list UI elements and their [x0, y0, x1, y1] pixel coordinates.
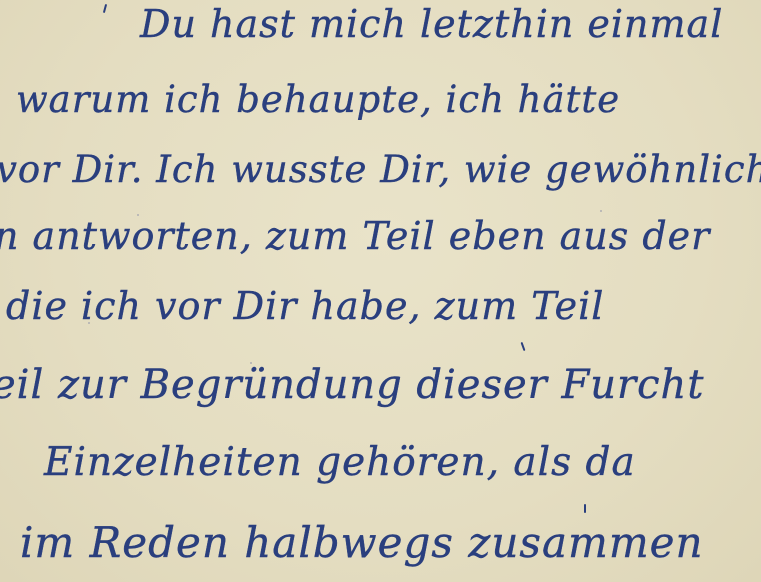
handwritten-line-1: Du hast mich letzthin einmal [140, 2, 723, 46]
handwritten-line-7: Einzelheiten gehören, als da [44, 440, 636, 485]
handwritten-line-2: warum ich behaupte, ich hätte [16, 78, 620, 121]
stray-mark [103, 4, 107, 13]
handwritten-line-4: n antworten, zum Teil eben aus der [0, 214, 710, 258]
paper-speck [250, 362, 252, 364]
paper-speck [137, 214, 139, 216]
paper-speck [600, 210, 602, 212]
paper-speck [88, 322, 90, 324]
stray-mark [521, 342, 526, 351]
letter-page: Du hast mich letzthin einmal warum ich b… [0, 0, 761, 582]
handwritten-line-6: eil zur Begründung dieser Furcht [0, 362, 704, 408]
handwritten-line-3: vor Dir. Ich wusste Dir, wie gewöhnlich [0, 148, 761, 191]
stray-mark [584, 504, 586, 513]
handwritten-line-8: im Reden halbwegs zusammen [20, 518, 704, 567]
handwritten-line-5: die ich vor Dir habe, zum Teil [6, 284, 604, 328]
